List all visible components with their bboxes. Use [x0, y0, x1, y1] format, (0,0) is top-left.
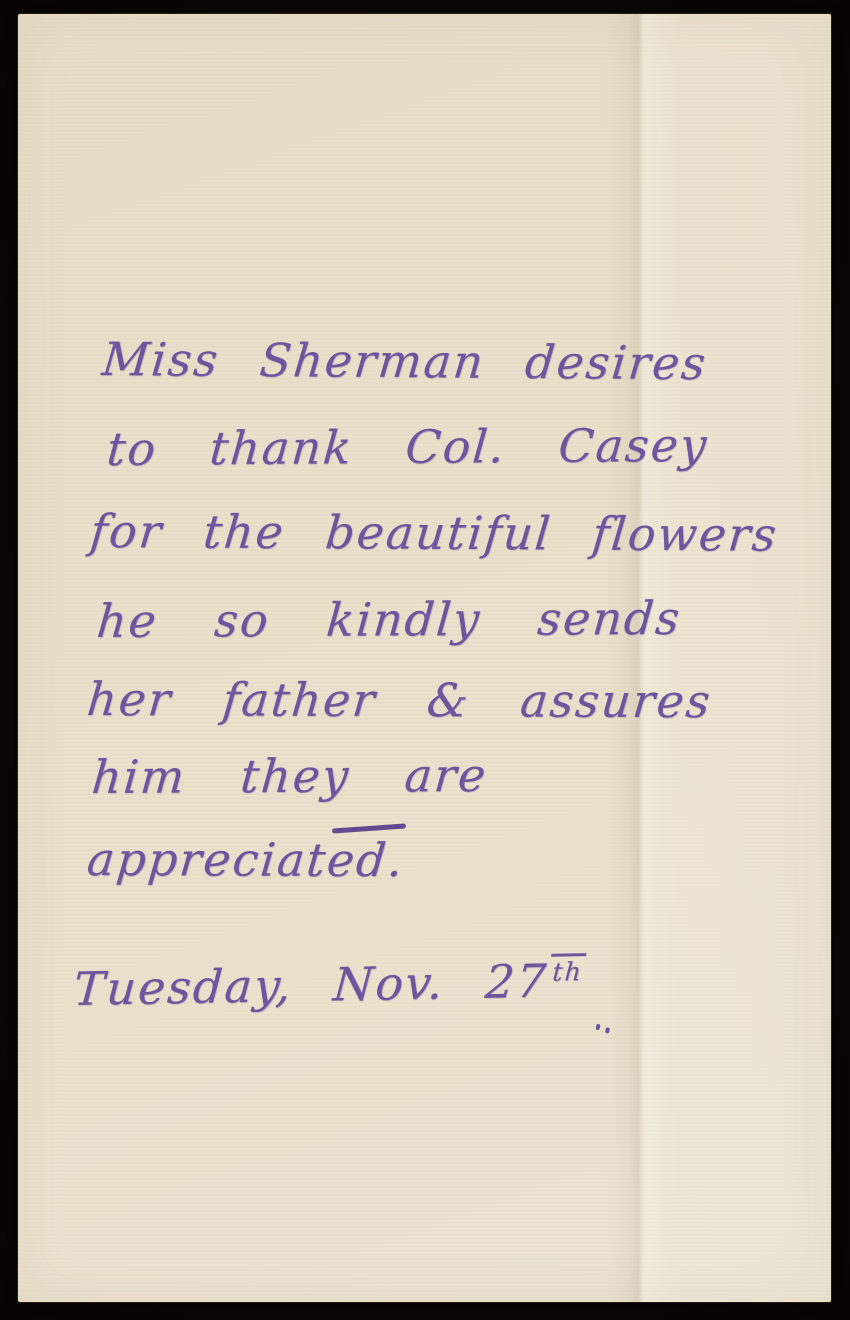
handwritten-line-3: for the beautiful flowers — [88, 506, 780, 560]
date-ordinal-suffix: th — [549, 953, 586, 987]
handwritten-line-4: he so kindly sends — [95, 593, 683, 647]
paper-fold-crease — [606, 14, 831, 1302]
handwritten-line-6: him they are — [90, 750, 490, 803]
letter-paper: Miss Sherman desires to thank Col. Casey… — [18, 14, 831, 1302]
handwritten-line-5: her father & assures — [85, 674, 714, 727]
handwritten-line-2: to thank Col. Casey — [105, 420, 710, 475]
ditto-marks — [596, 1024, 612, 1030]
handwritten-line-1: Miss Sherman desires — [100, 334, 710, 389]
handwritten-date-line: Tuesday, Nov. 27th — [72, 955, 586, 1014]
date-text: Tuesday, Nov. 27 — [72, 954, 550, 1016]
photo-background: Miss Sherman desires to thank Col. Casey… — [0, 0, 850, 1320]
handwritten-line-7: appreciated. — [85, 834, 407, 886]
